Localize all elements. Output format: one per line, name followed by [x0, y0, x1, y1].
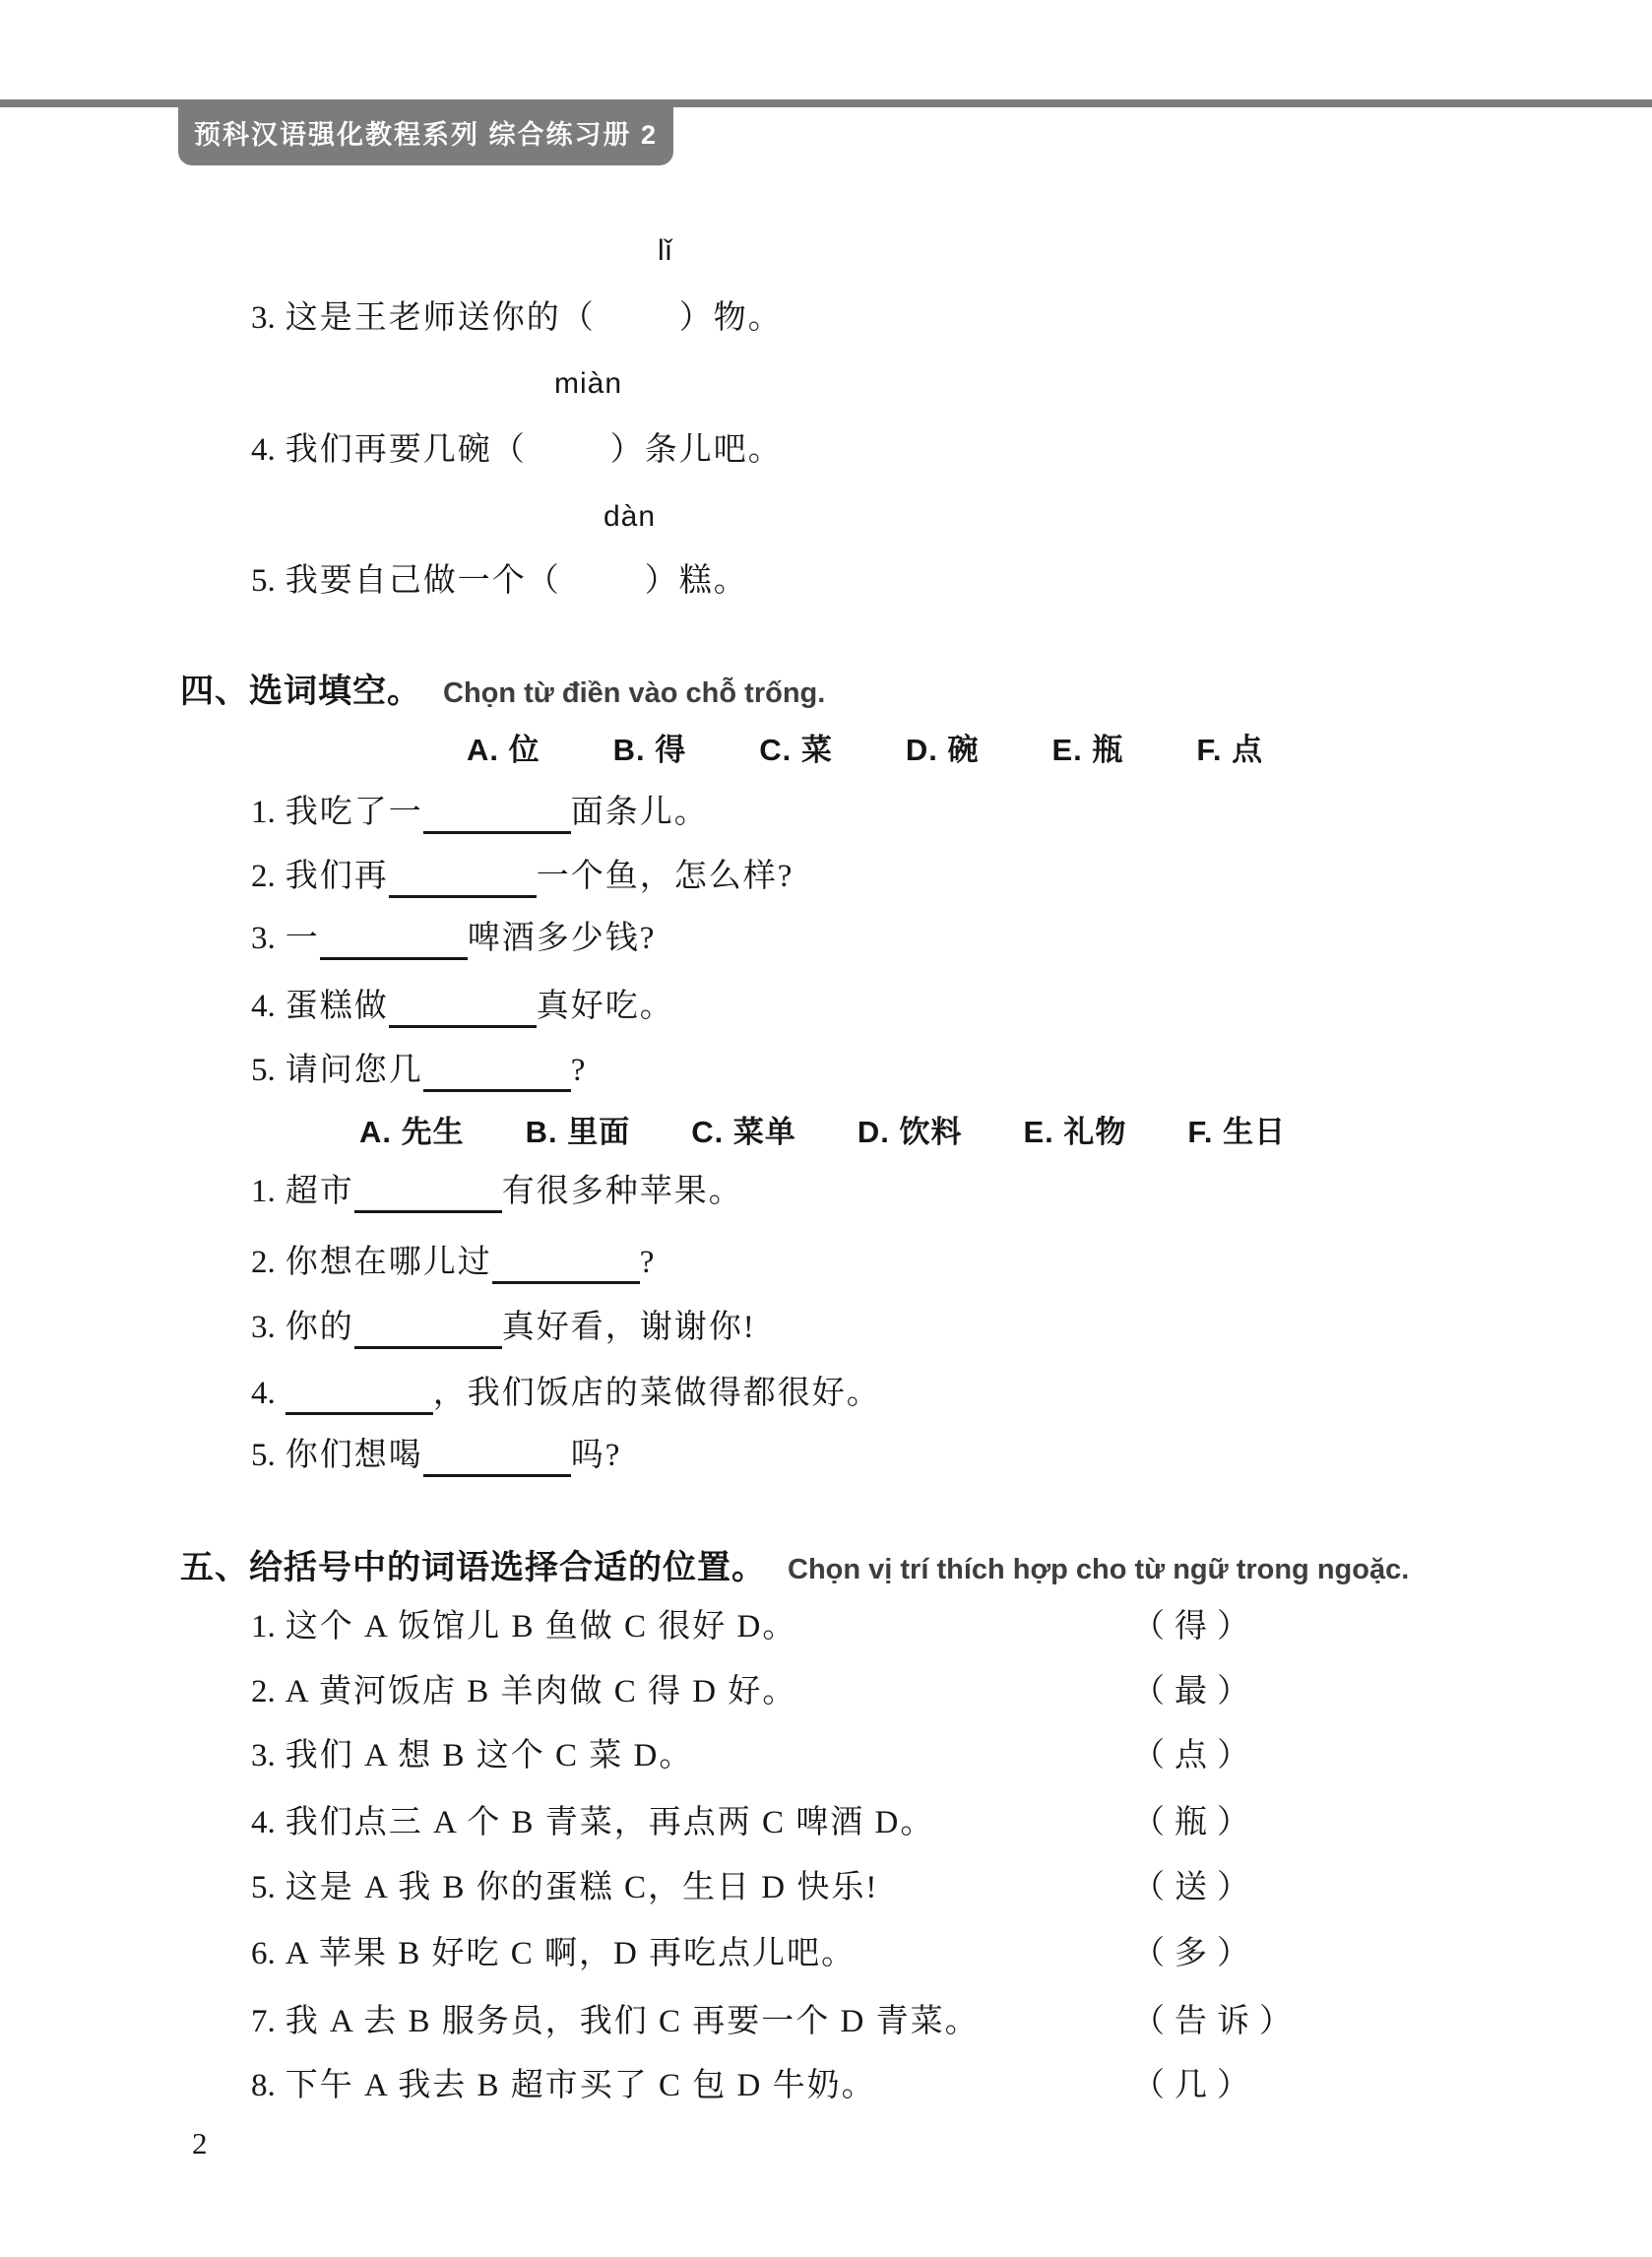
- header-title: 预科汉语强化教程系列 综合练习册 2: [194, 113, 658, 152]
- s4g2-item-4: 4.，我们饭店的菜做得都很好。: [251, 1372, 881, 1415]
- item-text: 这是 A 我 B 你的蛋糕 C，生日 D 快乐!: [286, 1870, 879, 1905]
- item-text-before: 我们再: [286, 859, 389, 894]
- item-text: 下午 A 我去 B 超市买了 C 包 D 牛奶。: [286, 2068, 876, 2103]
- s4g1-item-3: 3.一啤酒多少钱?: [251, 917, 656, 960]
- item-number: 1.: [251, 795, 276, 830]
- item-text-before: 我吃了一: [286, 795, 423, 830]
- item-number: 4.: [251, 989, 276, 1024]
- item-text: A 黄河饭店 B 羊肉做 C 得 D 好。: [286, 1674, 797, 1709]
- option-e: E. 瓶: [1052, 733, 1124, 767]
- item-text: 我们点三 A 个 B 青菜，再点两 C 啤酒 D。: [286, 1805, 935, 1840]
- item-text-before: 蛋糕做: [286, 989, 389, 1024]
- item-number: 1.: [251, 1609, 276, 1644]
- item-text-before: 请问您几: [286, 1053, 423, 1088]
- item-number: 4.: [251, 1805, 276, 1840]
- answer-blank: [492, 1244, 640, 1284]
- item-number: 8.: [251, 2068, 276, 2103]
- section4-heading-cn: 四、选词填空。: [180, 673, 421, 710]
- answer-blank: [423, 1052, 571, 1092]
- pinyin-hint-dan: dàn: [604, 495, 656, 539]
- s4g1-item-1: 1.我吃了一面条儿。: [251, 791, 709, 834]
- item-text-after: ）物。: [679, 300, 783, 336]
- answer-blank: [286, 1375, 433, 1415]
- s5-item-7: 7.我 A 去 B 服务员，我们 C 再要一个 D 青菜。（告诉）: [251, 2000, 980, 2043]
- section4-heading-vi: Chọn từ điền vào chỗ trống.: [443, 677, 825, 709]
- section5-heading-vi: Chọn vị trí thích hợp cho từ ngữ trong n…: [788, 1554, 1409, 1585]
- item-number: 1.: [251, 1174, 276, 1209]
- s5-item-4: 4.我们点三 A 个 B 青菜，再点两 C 啤酒 D。（瓶）: [251, 1801, 934, 1844]
- item-number: 4.: [251, 1376, 276, 1411]
- item-text: 我们 A 想 B 这个 C 菜 D。: [286, 1738, 694, 1773]
- item-number: 2.: [251, 1674, 276, 1709]
- s5-item-3: 3.我们 A 想 B 这个 C 菜 D。（点）: [251, 1734, 693, 1777]
- pinyin-item-3: 3.这是王老师送你的（）物。: [251, 296, 783, 340]
- workbook-page: 预科汉语强化教程系列 综合练习册 2 lǐ 3.这是王老师送你的（）物。 mià…: [0, 0, 1652, 2257]
- answer-blank: [423, 794, 571, 834]
- item-text-after: ?: [640, 1245, 657, 1280]
- bracketed-word: （几）: [1132, 2064, 1259, 2107]
- s4g2-item-2: 2.你想在哪儿过?: [251, 1241, 656, 1284]
- bracketed-word: （最）: [1132, 1670, 1259, 1713]
- bracketed-word: （告诉）: [1132, 2000, 1302, 2043]
- item-text: A 苹果 B 好吃 C 啊，D 再吃点儿吧。: [286, 1936, 856, 1971]
- item-text-after: 啤酒多少钱?: [468, 921, 657, 956]
- bracketed-word: （瓶）: [1132, 1801, 1259, 1844]
- section4-group2-options: A. 先生B. 里面C. 菜单D. 饮料E. 礼物F. 生日: [359, 1111, 1286, 1154]
- item-text-after: 真好吃。: [537, 989, 674, 1024]
- item-text-after: 一个鱼，怎么样?: [537, 859, 794, 894]
- item-text-before: 你们想喝: [286, 1438, 423, 1473]
- answer-blank: [320, 920, 468, 960]
- item-text-before: 你想在哪儿过: [286, 1245, 492, 1280]
- item-number: 3.: [251, 300, 276, 336]
- item-text-after: 吗?: [571, 1438, 622, 1473]
- answer-blank: [354, 1309, 502, 1349]
- option-e: E. 礼物: [1024, 1115, 1127, 1149]
- option-c: C. 菜单: [691, 1115, 796, 1149]
- section5-heading: 五、给括号中的词语选择合适的位置。Chọn vị trí thích hợp c…: [180, 1546, 1409, 1591]
- s5-item-5: 5.这是 A 我 B 你的蛋糕 C，生日 D 快乐!（送）: [251, 1866, 878, 1909]
- item-text-after: ）条儿吧。: [610, 432, 783, 468]
- s4g2-item-1: 1.超市有很多种苹果。: [251, 1170, 743, 1213]
- option-d: D. 碗: [906, 733, 980, 767]
- item-text-after: 面条儿。: [571, 795, 709, 830]
- item-number: 7.: [251, 2004, 276, 2039]
- answer-blank: [389, 858, 537, 898]
- page-number: 2: [192, 2122, 208, 2165]
- bracketed-word: （多）: [1132, 1932, 1259, 1975]
- item-text-before: 这是王老师送你的（: [286, 300, 596, 336]
- item-text-after: ）糕。: [645, 563, 748, 599]
- item-number: 5.: [251, 563, 276, 599]
- item-number: 5.: [251, 1438, 276, 1473]
- s4g1-item-2: 2.我们再一个鱼，怎么样?: [251, 855, 794, 898]
- option-a: A. 位: [467, 733, 540, 767]
- s5-item-2: 2.A 黄河饭店 B 羊肉做 C 得 D 好。（最）: [251, 1670, 796, 1713]
- section5-heading-cn: 五、给括号中的词语选择合适的位置。: [180, 1549, 766, 1586]
- item-text: 我 A 去 B 服务员，我们 C 再要一个 D 青菜。: [286, 2004, 980, 2039]
- option-f: F. 点: [1196, 733, 1263, 767]
- item-text-before: 你的: [286, 1310, 354, 1345]
- pinyin-item-4: 4.我们再要几碗（）条儿吧。: [251, 428, 783, 472]
- bracketed-word: （得）: [1132, 1605, 1259, 1648]
- answer-blank: [354, 1173, 502, 1213]
- item-number: 6.: [251, 1936, 276, 1971]
- item-text-before: 我要自己做一个（: [286, 563, 561, 599]
- item-text-after: ?: [571, 1053, 588, 1088]
- item-text-after: ，我们饭店的菜做得都很好。: [433, 1376, 881, 1411]
- answer-blank: [423, 1437, 571, 1477]
- item-number: 3.: [251, 1310, 276, 1345]
- option-a: A. 先生: [359, 1115, 465, 1149]
- bracketed-word: （送）: [1132, 1866, 1259, 1909]
- bracketed-word: （点）: [1132, 1734, 1259, 1777]
- option-b: B. 里面: [526, 1115, 631, 1149]
- pinyin-item-5: 5.我要自己做一个（）糕。: [251, 559, 748, 603]
- option-d: D. 饮料: [858, 1115, 963, 1149]
- s5-item-1: 1.这个 A 饭馆儿 B 鱼做 C 很好 D。（得）: [251, 1605, 796, 1648]
- option-c: C. 菜: [759, 733, 833, 767]
- item-number: 3.: [251, 921, 276, 956]
- s4g2-item-5: 5.你们想喝吗?: [251, 1434, 621, 1477]
- option-b: B. 得: [613, 733, 687, 767]
- section4-group1-options: A. 位B. 得C. 菜D. 碗E. 瓶F. 点: [467, 729, 1263, 772]
- item-number: 4.: [251, 432, 276, 468]
- item-number: 5.: [251, 1053, 276, 1088]
- item-number: 2.: [251, 859, 276, 894]
- s5-item-8: 8.下午 A 我去 B 超市买了 C 包 D 牛奶。（几）: [251, 2064, 876, 2107]
- item-text: 这个 A 饭馆儿 B 鱼做 C 很好 D。: [286, 1609, 797, 1644]
- s5-item-6: 6.A 苹果 B 好吃 C 啊，D 再吃点儿吧。（多）: [251, 1932, 856, 1975]
- section4-heading: 四、选词填空。Chọn từ điền vào chỗ trống.: [180, 670, 825, 715]
- item-number: 2.: [251, 1245, 276, 1280]
- s4g1-item-4: 4.蛋糕做真好吃。: [251, 985, 674, 1028]
- item-text-before: 一: [286, 921, 320, 956]
- item-number: 3.: [251, 1738, 276, 1773]
- option-f: F. 生日: [1187, 1115, 1286, 1149]
- pinyin-hint-mian: miàn: [554, 362, 622, 406]
- answer-blank: [389, 988, 537, 1028]
- item-text-after: 有很多种苹果。: [502, 1174, 743, 1209]
- s4g1-item-5: 5.请问您几?: [251, 1049, 587, 1092]
- item-number: 5.: [251, 1870, 276, 1905]
- item-text-after: 真好看，谢谢你!: [502, 1310, 756, 1345]
- item-text-before: 我们再要几碗（: [286, 432, 527, 468]
- pinyin-hint-li: lǐ: [658, 229, 672, 273]
- header-tab: 预科汉语强化教程系列 综合练习册 2: [178, 99, 673, 165]
- s4g2-item-3: 3.你的真好看，谢谢你!: [251, 1306, 756, 1349]
- item-text-before: 超市: [286, 1174, 354, 1209]
